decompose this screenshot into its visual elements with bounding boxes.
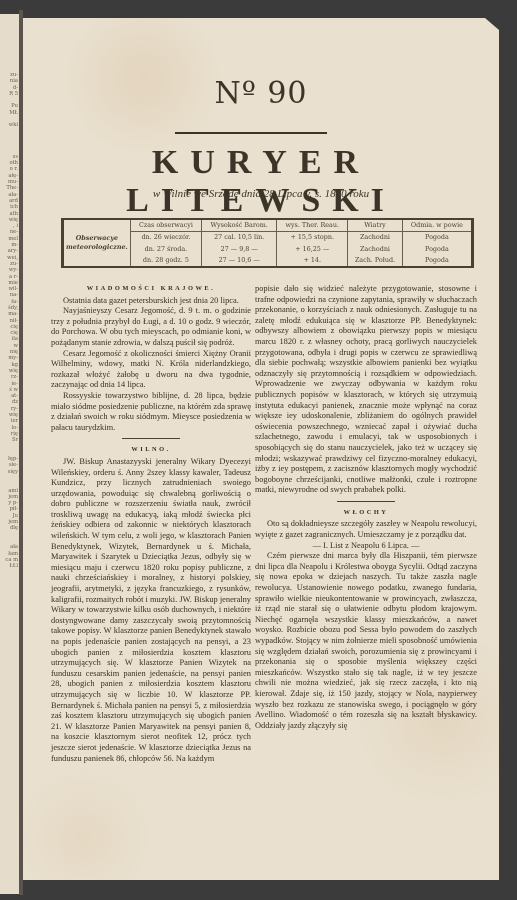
weather-header-conditions: Odmia. w powie (402, 220, 472, 232)
left-column: WIADOMOŚCI KRAJOWE. Ostatnia data gazet … (51, 284, 251, 764)
section-divider (337, 501, 395, 502)
book-gutter (19, 10, 23, 895)
weather-barometer: 27 cal. 10,5 lin. (202, 232, 277, 244)
weather-barometer: 27 — 10,6 — (202, 255, 277, 266)
previous-page-text: zu- nia d- R 5 Pu MŁ wki ss oth o r. ałę… (0, 14, 20, 569)
article-paragraph: Nayjaśnieyszy Cesarz Jegomość, d. 9 t. m… (51, 306, 251, 348)
newspaper-page: Nº 90 KURYER LITEWSKI w Wilnie we Srzodę… (23, 18, 499, 880)
weather-conditions: Pogoda (402, 244, 472, 255)
weather-observation-table: Obserwacye meteorologiczne. Czas obserwa… (61, 218, 474, 268)
article-paragraph: Cesarz Jegomość z okoliczności śmierci X… (51, 349, 251, 391)
weather-conditions: Pogoda (402, 232, 472, 244)
letter-heading: — I. List z Neapolu 6 Lipca. — (255, 541, 477, 552)
weather-header-time: Czas obserwacyi (130, 220, 201, 232)
section-divider (122, 438, 180, 439)
previous-page-edge: zu- nia d- R 5 Pu MŁ wki ss oth o r. ałę… (0, 14, 20, 894)
weather-time: dn. 28 godz. 5 (130, 255, 201, 266)
section-title-domestic-news: WIADOMOŚCI KRAJOWE. (51, 284, 251, 295)
weather-time: dn. 26 wieczór. (130, 232, 201, 244)
weather-wind: Zachodni (348, 244, 403, 255)
weather-header-wind: Wiatry (348, 220, 403, 232)
article-paragraph: Oto są dokładnieysze szczegóły zaszłey w… (255, 519, 477, 540)
weather-thermometer: + 14. (277, 255, 348, 266)
newspaper-title: KURYER LITEWSKI (23, 144, 499, 220)
weather-barometer: 27 — 9,8 — (202, 244, 277, 255)
dateline: w Wilnie we Srzodę dnia 28 Lipca v. s. 1… (23, 188, 499, 200)
weather-thermometer: + 15,5 stopn. (277, 232, 348, 244)
masthead-rule (175, 132, 327, 134)
section-title-italy: WŁOCHY (255, 508, 477, 519)
section-title-wilno: WILNO. (51, 445, 251, 456)
issue-number: Nº 90 (23, 76, 499, 111)
weather-header-barometer: Wysokość Barom. (202, 220, 277, 232)
weather-thermometer: + 16,25 — (277, 244, 348, 255)
article-paragraph: Rossyyskie towarzystwo biblijne, d. 28 l… (51, 391, 251, 433)
weather-conditions: Pogoda (402, 255, 472, 266)
article-paragraph: Ostatnia data gazet petersburskich jest … (51, 296, 251, 307)
weather-table-label: Obserwacye meteorologiczne. (63, 220, 131, 266)
weather-wind: Zach. Połud. (348, 255, 403, 266)
right-column: popisie dało się widzieć należyte przygo… (255, 284, 477, 731)
weather-wind: Zachodni (348, 232, 403, 244)
article-paragraph: Czém pierwsze dni marca były dla Hiszpan… (255, 551, 477, 731)
article-paragraph: JW. Biskup Anastazyyski jeneralny Wikary… (51, 457, 251, 764)
article-paragraph-continued: popisie dało się widzieć należyte przygo… (255, 284, 477, 496)
weather-header-thermometer: wys. Ther. Reau. (277, 220, 348, 232)
weather-time: dn. 27 środa. (130, 244, 201, 255)
